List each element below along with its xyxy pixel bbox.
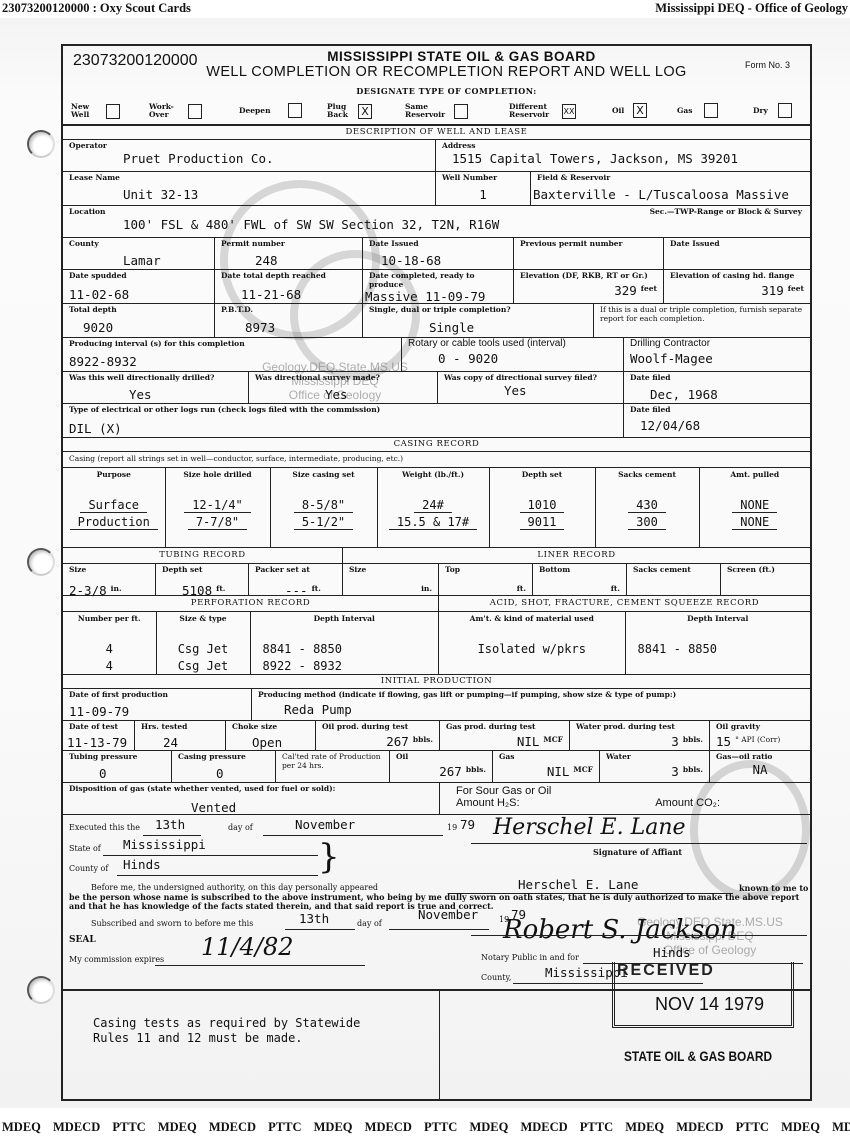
casing-table: Purpose Size hole drilled Size casing se… bbox=[63, 468, 810, 548]
field-reservoir-field[interactable]: Field & Reservoir Baxterville - L/Tuscal… bbox=[531, 172, 810, 205]
binder-hole-icon bbox=[27, 976, 55, 1004]
casing-instructions: Casing (report all strings set in well—c… bbox=[69, 455, 804, 464]
gas-oil-ratio-field[interactable]: Gas—oil ratioNA bbox=[710, 751, 810, 782]
liner-top-field[interactable]: Topft. bbox=[439, 564, 533, 595]
executed-month[interactable]: November bbox=[295, 817, 355, 832]
table-row: Surface 12-1/4" 8-5/8" 24# 1010 430 NONE bbox=[63, 496, 810, 513]
pbtd-field[interactable]: P.B.T.D.8973 bbox=[215, 304, 363, 337]
state-of[interactable]: Mississippi bbox=[123, 837, 206, 852]
survey-copy-filed-field[interactable]: Was copy of directional survey filed?Yes bbox=[438, 372, 624, 403]
page-header-left: 23073200120000 : Oxy Scout Cards bbox=[2, 1, 191, 16]
completion-same-reservoir[interactable]: Same Reservoir bbox=[405, 103, 468, 119]
tubing-depth-field[interactable]: Depth set5108ft. bbox=[156, 564, 249, 595]
rotary-tools-field[interactable]: Rotary or cable tools used (interval)0 -… bbox=[402, 338, 624, 371]
section-title-description: DESCRIPTION OF WELL AND LEASE bbox=[63, 126, 810, 140]
permit-number-field[interactable]: Permit number248 bbox=[215, 238, 363, 269]
total-depth-field[interactable]: Total depth9020 bbox=[63, 304, 215, 337]
previous-date-issued-field[interactable]: Date Issued bbox=[664, 238, 810, 269]
directional-survey-field[interactable]: Was directional survey made?Yes bbox=[249, 372, 438, 403]
checkbox[interactable] bbox=[778, 103, 792, 118]
completion-kind-field[interactable]: Single, dual or triple completion?Single bbox=[363, 304, 594, 337]
completion-oil[interactable]: OilX bbox=[612, 103, 647, 118]
received-stamp: RECEIVED NOV 14 1979 bbox=[612, 962, 794, 1028]
commission-expires[interactable]: 11/4/82 bbox=[201, 933, 294, 961]
form-title: WELL COMPLETION OR RECOMPLETION REPORT A… bbox=[63, 64, 810, 80]
seal-label: SEAL bbox=[69, 935, 96, 945]
gas-prod-test-field[interactable]: Gas prod. during testNILMCF bbox=[440, 721, 570, 750]
date-filed-field[interactable]: Date filedDec, 1968 bbox=[624, 372, 810, 403]
lease-name-field[interactable]: Lease Name Unit 32-13 bbox=[63, 172, 436, 205]
affiant-signature: Herschel E. Lane bbox=[493, 815, 686, 840]
date-of-test-field[interactable]: Date of test11-13-79 bbox=[63, 721, 135, 750]
date-spudded-field[interactable]: Date spudded11-02-68 bbox=[63, 270, 215, 303]
checkbox[interactable] bbox=[288, 103, 302, 118]
producing-method-field[interactable]: Producing method (indicate if flowing, g… bbox=[252, 689, 810, 720]
location-field[interactable]: Location Sec.—TWP-Range or Block & Surve… bbox=[63, 206, 810, 237]
liner-size-field[interactable]: Sizein. bbox=[343, 564, 439, 595]
designate-label: DESIGNATE TYPE OF COMPLETION: bbox=[63, 86, 810, 96]
liner-sacks-field[interactable]: Sacks cement bbox=[627, 564, 721, 595]
oil-prod-test-field[interactable]: Oil prod. during test267bbls. bbox=[316, 721, 440, 750]
checkbox[interactable]: XX bbox=[562, 104, 576, 119]
well-completion-form: 23073200120000 MISSISSIPPI STATE OIL & G… bbox=[61, 44, 812, 1101]
date-total-depth-field[interactable]: Date total depth reached11-21-68 bbox=[215, 270, 363, 303]
gas-disposition-field[interactable]: Disposition of gas (state whether vented… bbox=[63, 783, 440, 814]
date-issued-field[interactable]: Date Issued10-18-68 bbox=[363, 238, 514, 269]
section-title-initial-production: INITIAL PRODUCTION bbox=[63, 675, 810, 689]
water-prod-test-field[interactable]: Water prod. during test3bbls. bbox=[570, 721, 710, 750]
drilling-contractor-field[interactable]: Drilling ContractorWoolf-Magee bbox=[624, 338, 810, 371]
subscribed-day[interactable]: 13th bbox=[299, 911, 329, 926]
form-title-agency: MISSISSIPPI STATE OIL & GAS BOARD bbox=[63, 49, 810, 64]
tubing-size-field[interactable]: Size2-3/8in. bbox=[63, 564, 156, 595]
section-title-acid: ACID, SHOT, FRACTURE, CEMENT SQUEEZE REC… bbox=[439, 596, 810, 611]
table-row bbox=[439, 657, 810, 674]
sour-gas-field[interactable]: For Sour Gas or Oil Amount H₂S: Amount C… bbox=[440, 783, 810, 814]
date-completed-field[interactable]: Date completed, ready to produceMassive … bbox=[363, 270, 514, 303]
checkbox[interactable]: X bbox=[633, 103, 647, 118]
executed-year[interactable]: 79 bbox=[460, 817, 475, 832]
casing-tests-note: Casing tests as required by Statewide Ru… bbox=[63, 991, 440, 1099]
section-title-casing: CASING RECORD bbox=[63, 438, 810, 452]
rate-oil-field[interactable]: Oil267bbls. bbox=[390, 751, 493, 782]
producing-interval-field[interactable]: Producing interval (s) for this completi… bbox=[63, 338, 402, 371]
completion-plug-back[interactable]: Plug BackX bbox=[327, 103, 372, 119]
completion-new-well[interactable]: New Well bbox=[71, 103, 120, 119]
perforation-table: Number per ft.Size & typeDepth Interval … bbox=[63, 612, 439, 674]
logs-run-field[interactable]: Type of electrical or other logs run (ch… bbox=[63, 404, 624, 437]
received-stamp-agency: STATE OIL & GAS BOARD bbox=[624, 1048, 772, 1064]
elevation-casing-field[interactable]: Elevation of casing hd. flange319feet bbox=[664, 270, 810, 303]
casing-pressure-field[interactable]: Casing pressure0 bbox=[172, 751, 276, 782]
table-row: Production 7-7/8" 5-1/2" 15.5 & 17# 9011… bbox=[63, 513, 810, 530]
oil-gravity-field[interactable]: Oil gravity15° API (Corr) bbox=[710, 721, 810, 750]
calc-rate-label: Cal'ted rate of Production per 24 hrs. bbox=[276, 751, 390, 782]
completion-work-over[interactable]: Work-Over bbox=[149, 103, 202, 119]
packer-set-field[interactable]: Packer set at---ft. bbox=[249, 564, 343, 595]
acid-table: Am't. & kind of material usedDepth Inter… bbox=[439, 612, 810, 674]
completion-dry[interactable]: Dry bbox=[753, 103, 792, 118]
notary-county[interactable]: Hinds bbox=[653, 945, 691, 960]
elevation-field[interactable]: Elevation (DF, RKB, RT or Gr.)329feet bbox=[514, 270, 664, 303]
section-title-perforation: PERFORATION RECORD bbox=[63, 596, 439, 611]
section-title-tubing: TUBING RECORD bbox=[63, 548, 343, 563]
county-field[interactable]: CountyLamar bbox=[63, 238, 215, 269]
logs-date-filed-field[interactable]: Date filed12/04/68 bbox=[624, 404, 810, 437]
page-header: 23073200120000 : Oxy Scout Cards Mississ… bbox=[0, 0, 850, 18]
completion-deepen[interactable]: Deepen bbox=[239, 103, 302, 118]
county-of[interactable]: Hinds bbox=[123, 857, 161, 872]
first-production-field[interactable]: Date of first production11-09-79 bbox=[63, 689, 252, 720]
operator-field[interactable]: Operator Pruet Production Co. bbox=[63, 140, 436, 171]
page-footer: MDEQ MDECD PTTC MDEQ MDECD PTTC MDEQ MDE… bbox=[0, 1120, 850, 1139]
checkbox[interactable] bbox=[704, 103, 718, 118]
completion-gas[interactable]: Gas bbox=[677, 103, 718, 118]
liner-bottom-field[interactable]: Bottomft. bbox=[533, 564, 627, 595]
completion-type-row: New Well Work-Over Deepen Plug BackX Sam… bbox=[69, 103, 804, 123]
section-title-liner: LINER RECORD bbox=[343, 548, 810, 563]
table-row: Isolated w/pkrs8841 - 8850 bbox=[439, 640, 810, 657]
address-field[interactable]: Address 1515 Capital Towers, Jackson, MS… bbox=[436, 140, 810, 171]
binder-hole-icon bbox=[27, 130, 55, 158]
liner-screen-field[interactable]: Screen (ft.) bbox=[721, 564, 810, 595]
tubing-pressure-field[interactable]: Tubing pressure0 bbox=[63, 751, 172, 782]
table-row: 4Csg Jet8922 - 8932 bbox=[63, 657, 438, 674]
executed-day[interactable]: 13th bbox=[155, 817, 185, 832]
directionally-drilled-field[interactable]: Was this well directionally drilled?Yes bbox=[63, 372, 249, 403]
form-header: 23073200120000 MISSISSIPPI STATE OIL & G… bbox=[63, 46, 810, 126]
rate-gas-field[interactable]: GasNILMCF bbox=[493, 751, 600, 782]
binder-hole-icon bbox=[27, 548, 55, 576]
subscribed-month[interactable]: November bbox=[418, 907, 478, 922]
completion-different-reservoir[interactable]: Different ReservoirXX bbox=[509, 103, 576, 119]
page-header-right: Mississippi DEQ - Office of Geology bbox=[655, 1, 848, 16]
previous-permit-field[interactable]: Previous permit number bbox=[514, 238, 664, 269]
checkbox[interactable] bbox=[454, 104, 468, 119]
form-number: Form No. 3 bbox=[745, 60, 790, 70]
dual-completion-note: If this is a dual or triple completion, … bbox=[594, 304, 810, 337]
table-row: 4Csg Jet8841 - 8850 bbox=[63, 640, 438, 657]
checkbox[interactable] bbox=[106, 104, 120, 119]
appeared-name[interactable]: Herschel E. Lane bbox=[518, 877, 638, 892]
well-number-field[interactable]: Well Number 1 bbox=[436, 172, 531, 205]
received-date: NOV 14 1979 bbox=[655, 994, 764, 1015]
notary-signature: Robert S. Jackson bbox=[503, 915, 737, 945]
choke-size-field[interactable]: Choke sizeOpen bbox=[226, 721, 316, 750]
hrs-tested-field[interactable]: Hrs. tested24 bbox=[135, 721, 226, 750]
rate-water-field[interactable]: Water3bbls. bbox=[600, 751, 710, 782]
checkbox[interactable] bbox=[188, 104, 202, 119]
checkbox[interactable]: X bbox=[358, 104, 372, 119]
